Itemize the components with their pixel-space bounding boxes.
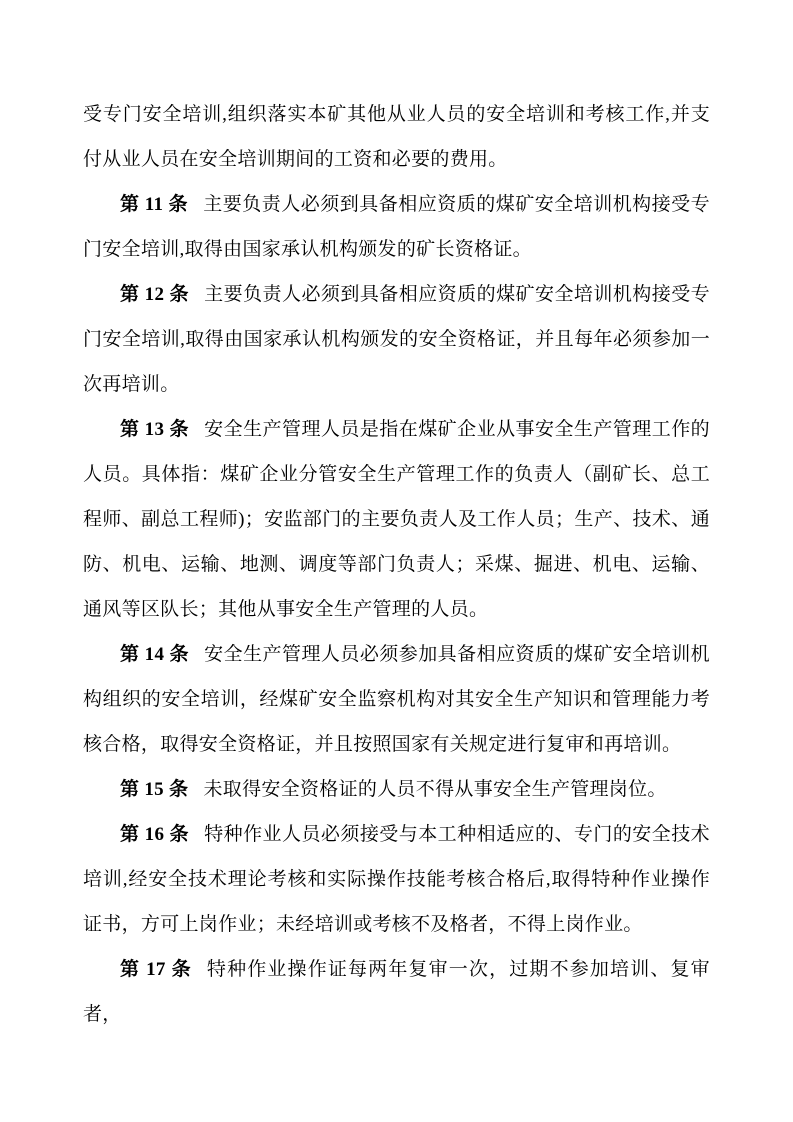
article-13-text: 安全生产管理人员是指在煤矿企业从事安全生产管理工作的人员。具体指：煤矿企业分管安… (83, 419, 710, 620)
article-13-label: 第 13 条 (120, 419, 189, 440)
document-page: 受专门安全培训,组织落实本矿其他从业人员的安全培训和考核工作,并支付从业人员在安… (0, 0, 793, 1122)
article-17-label: 第 17 条 (120, 959, 192, 980)
article-15-paragraph: 第 15 条未取得安全资格证的人员不得从事安全生产管理岗位。 (83, 767, 710, 812)
article-12-label: 第 12 条 (120, 284, 189, 305)
article-16-paragraph: 第 16 条特种作业人员必须接受与本工种相适应的、专门的安全技术培训,经安全技术… (83, 812, 710, 947)
article-11-paragraph: 第 11 条主要负责人必须到具备相应资质的煤矿安全培训机构接受专门安全培训,取得… (83, 182, 710, 272)
article-14-paragraph: 第 14 条安全生产管理人员必须参加具备相应资质的煤矿安全培训机构组织的安全培训… (83, 632, 710, 767)
article-15-text: 未取得安全资格证的人员不得从事安全生产管理岗位。 (204, 779, 667, 800)
article-13-paragraph: 第 13 条安全生产管理人员是指在煤矿企业从事安全生产管理工作的人员。具体指：煤… (83, 407, 710, 632)
article-12-paragraph: 第 12 条主要负责人必须到具备相应资质的煤矿安全培训机构接受专门安全培训,取得… (83, 272, 710, 407)
article-17-paragraph: 第 17 条特种作业操作证每两年复审一次，过期不参加培训、复审者， (83, 947, 710, 1037)
article-14-label: 第 14 条 (120, 644, 189, 665)
article-11-label: 第 11 条 (120, 194, 188, 215)
article-16-label: 第 16 条 (120, 824, 189, 845)
article-15-label: 第 15 条 (120, 779, 188, 800)
paragraph-continuation: 受专门安全培训,组织落实本矿其他从业人员的安全培训和考核工作,并支付从业人员在安… (83, 92, 710, 182)
paragraph-text: 受专门安全培训,组织落实本矿其他从业人员的安全培训和考核工作,并支付从业人员在安… (83, 104, 710, 170)
